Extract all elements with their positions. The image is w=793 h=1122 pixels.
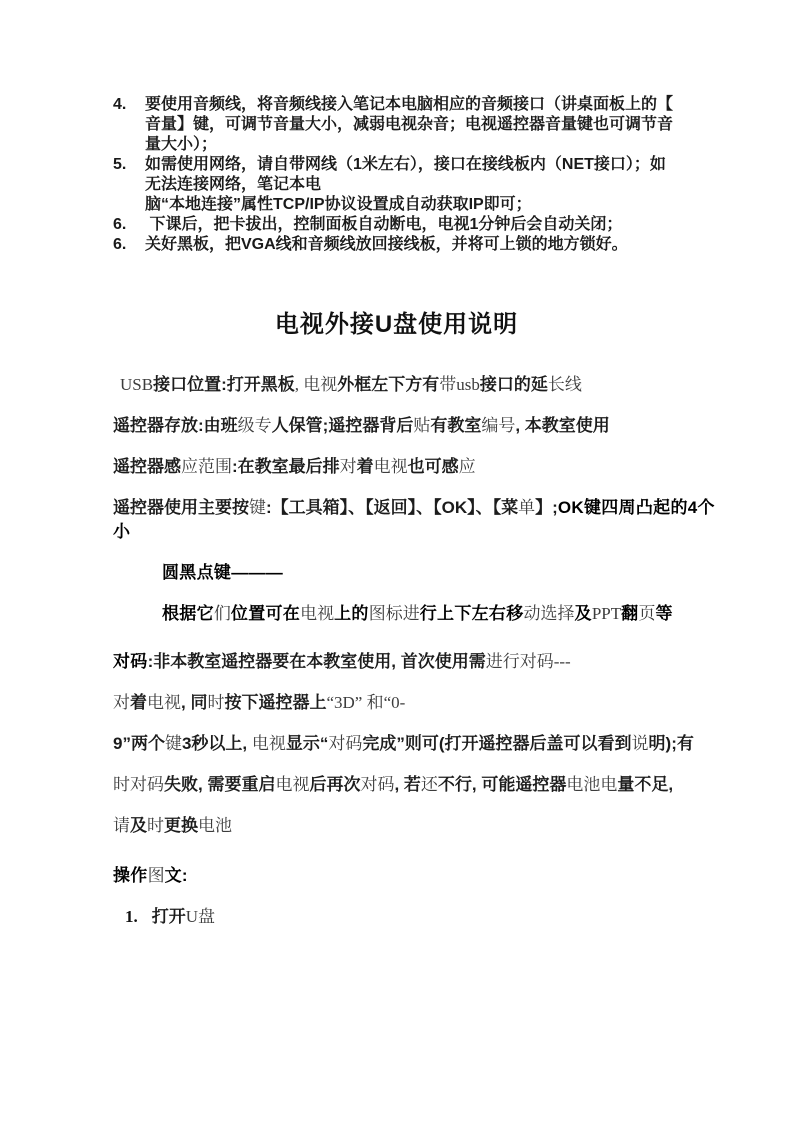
list-line: 关好黑板，把VGA线和音频线放回接线板，并将可上锁的地方锁好。 xyxy=(145,235,703,255)
text-run: 外框左下方有 xyxy=(337,375,439,394)
text-run: 人保管;遥控器背后 xyxy=(272,416,414,435)
text-run: 3秒以上, xyxy=(182,734,252,753)
text-run: 文: xyxy=(165,866,188,885)
text-run: 行上下左右移 xyxy=(420,604,524,623)
text-run: “3D” 和“0- xyxy=(326,693,405,712)
list-number: 6. xyxy=(113,235,145,255)
text-run: 贴 xyxy=(413,416,430,435)
text-run: 更换 xyxy=(164,816,198,835)
text-run: 及 xyxy=(130,816,147,835)
text-run: :在教室最后排 xyxy=(232,457,340,476)
text-run: 键 xyxy=(165,734,182,753)
text-run: 显示“ xyxy=(286,734,329,753)
text-run: 电视 xyxy=(300,604,334,623)
list-item-text: 要使用音频线，将音频线接入笔记本电脑相应的音频接口（讲桌面板上的【音量】键，可调… xyxy=(145,95,703,155)
text-run: 9”两个 xyxy=(113,734,165,753)
text-run: 着 xyxy=(130,693,147,712)
text-run: 对码 xyxy=(328,734,362,753)
text-run: 时 xyxy=(147,816,164,835)
text-run: 电视 xyxy=(275,775,309,794)
text-run: 还 xyxy=(421,775,438,794)
list-number: 4. xyxy=(113,95,145,115)
text-run: 编号 xyxy=(481,416,515,435)
text-run: , 本教室使用 xyxy=(515,416,609,435)
text-run: PPT xyxy=(592,604,621,623)
list-item-text: 下课后，把卡拔出，控制面板自动断电，电视1分钟后会自动关闭； xyxy=(145,215,703,235)
text-run: 电池 xyxy=(198,816,232,835)
list-line: 无法连接网络，笔记本电 xyxy=(145,175,703,195)
text-run: 等 xyxy=(655,604,672,623)
text-run: 打开 xyxy=(152,907,186,926)
para-remote-storage: 遥控器存放:由班级专人保管;遥控器背后贴有教室编号, 本教室使用 xyxy=(113,414,719,438)
text-run: 时对码 xyxy=(113,775,164,794)
text-run: 说 xyxy=(632,734,649,753)
text-run: :非本教室遥控器要在本教室使用, 首次使用需 xyxy=(148,652,486,671)
text-run: 根据它 xyxy=(162,604,214,623)
para-pairing-step: 对着电视, 同时按下遥控器上“3D” 和“0- xyxy=(113,691,719,715)
text-run: 不行, 可能遥控器 xyxy=(438,775,566,794)
para-replace-battery: 请及时更换电池 xyxy=(113,814,719,838)
text-run: , 同 xyxy=(181,693,207,712)
text-run: 按下遥控器上 xyxy=(224,693,326,712)
item-6-after-class: 6. 下课后，把卡拔出，控制面板自动断电，电视1分钟后会自动关闭； xyxy=(113,215,703,235)
text-run: 们 xyxy=(214,604,231,623)
text-run: 操作 xyxy=(113,866,148,885)
text-run: USB xyxy=(120,375,153,394)
para-usb-port-location: USB接口位置:打开黑板, 电视外框左下方有带usb接口的延长线 xyxy=(113,373,719,397)
para-operation-heading: 操作图文: xyxy=(113,864,719,888)
text-run: 】; xyxy=(535,498,558,517)
text-run: 应 xyxy=(459,457,476,476)
text-run: 电视 xyxy=(252,734,286,753)
text-run: 电视 xyxy=(374,457,408,476)
text-run: 着 xyxy=(357,457,374,476)
text-run: 长线 xyxy=(548,375,582,394)
text-run: 上的 xyxy=(334,604,369,623)
document-page: 4.要使用音频线，将音频线接入笔记本电脑相应的音频接口（讲桌面板上的【音量】键，… xyxy=(0,0,793,1122)
para-pairing-done: 9”两个键3秒以上, 电视显示“对码完成”则可(打开遥控器后盖可以看到说明);有 xyxy=(113,732,719,756)
list-line: 量大小）； xyxy=(145,135,703,155)
text-run: 进行对码--- xyxy=(486,652,571,671)
text-run: 时 xyxy=(207,693,224,712)
text-run: 键 xyxy=(249,498,266,517)
text-run: 遥控器存放:由班 xyxy=(113,416,238,435)
list-line: 脑“本地连接”属性TCP/IP协议设置成自动获取IP即可； xyxy=(145,195,703,215)
text-run: 量不足, xyxy=(617,775,673,794)
para-pairing-intro: 对码:非本教室遥控器要在本教室使用, 首次使用需进行对码--- xyxy=(113,650,719,674)
text-run: 遥控器使用主要按 xyxy=(113,498,249,517)
text-run: 遥控器感 xyxy=(113,457,181,476)
text-run: 页 xyxy=(638,604,655,623)
text-run: 对码 xyxy=(113,652,148,671)
para-remote-range: 遥控器感应范围:在教室最后排对着电视也可感应 xyxy=(113,455,719,479)
text-run: 电池电 xyxy=(566,775,617,794)
text-run: 失败, 需要重启 xyxy=(164,775,275,794)
para-pairing-retry: 时对码失败, 需要重启电视后再次对码, 若还不行, 可能遥控器电池电量不足, xyxy=(113,773,719,797)
para-round-black-dot-keys: 圆黑点键——— xyxy=(113,561,719,585)
text-run: 也可感 xyxy=(408,457,459,476)
list-line: 下课后，把卡拔出，控制面板自动断电，电视1分钟后会自动关闭； xyxy=(145,215,703,235)
text-run: 单 xyxy=(518,498,535,517)
text-run: 位置可在 xyxy=(231,604,300,623)
list-line: 要使用音频线，将音频线接入笔记本电脑相应的音频接口（讲桌面板上的【 xyxy=(145,95,703,115)
text-run: 应范围 xyxy=(181,457,232,476)
text-run: 翻 xyxy=(621,604,638,623)
text-run: :【工具箱】、【返回】、【OK】、【菜 xyxy=(266,498,518,517)
numbered-list: 4.要使用音频线，将音频线接入笔记本电脑相应的音频接口（讲桌面板上的【音量】键，… xyxy=(113,95,703,255)
text-run: 有教室 xyxy=(430,416,481,435)
list-number: 5. xyxy=(113,155,145,175)
text-run: 图标进 xyxy=(369,604,420,623)
list-line: 如需使用网络，请自带网线（1米左右），接口在接线板内（NET接口）；如 xyxy=(145,155,703,175)
text-run: U盘 xyxy=(186,907,215,926)
item-4-audio-cable: 4.要使用音频线，将音频线接入笔记本电脑相应的音频接口（讲桌面板上的【音量】键，… xyxy=(113,95,703,155)
text-run: 级专 xyxy=(238,416,272,435)
text-run: 图 xyxy=(148,866,165,885)
text-run: 圆黑点键——— xyxy=(162,563,283,582)
text-run: 及 xyxy=(575,604,592,623)
list-item-text: 关好黑板，把VGA线和音频线放回接线板，并将可上锁的地方锁好。 xyxy=(145,235,703,255)
para-dot-keys-usage: 根据它们位置可在电视上的图标进行上下左右移动选择及PPT翻页等 xyxy=(113,602,719,626)
list-number: 6. xyxy=(113,215,145,235)
list-line: 音量】键，可调节音量大小，减弱电视杂音；电视遥控器音量键也可调节音 xyxy=(145,115,703,135)
text-run: 接口的延 xyxy=(480,375,548,394)
step-number: 1. xyxy=(113,907,152,926)
text-run: 后再次 xyxy=(309,775,360,794)
text-run: 完成”则可(打开遥控器后盖可以看到 xyxy=(362,734,631,753)
text-run: 电视 xyxy=(147,693,181,712)
list-item-text: 如需使用网络，请自带网线（1米左右），接口在接线板内（NET接口）；如无法连接网… xyxy=(145,155,703,215)
text-run: 对 xyxy=(113,693,130,712)
text-run: , 若 xyxy=(394,775,420,794)
text-run: 对 xyxy=(340,457,357,476)
para-remote-main-keys: 遥控器使用主要按键:【工具箱】、【返回】、【OK】、【菜单】;OK键四周凸起的4… xyxy=(113,496,719,544)
text-run: , 电视 xyxy=(295,375,338,394)
text-run: 请 xyxy=(113,816,130,835)
item-5-network: 5.如需使用网络，请自带网线（1米左右），接口在接线板内（NET接口）；如无法连… xyxy=(113,155,703,215)
item-6-lock-board: 6.关好黑板，把VGA线和音频线放回接线板，并将可上锁的地方锁好。 xyxy=(113,235,703,255)
document-title: 电视外接U盘使用说明 xyxy=(0,310,793,340)
text-run: 动选择 xyxy=(524,604,575,623)
text-run: 对码 xyxy=(360,775,394,794)
text-run: 接口位置:打开黑板 xyxy=(153,375,295,394)
text-run: 明);有 xyxy=(649,734,694,753)
para-step-1-open-usb: 1.打开U盘 xyxy=(113,905,719,929)
body-paragraphs: USB接口位置:打开黑板, 电视外框左下方有带usb接口的延长线遥控器存放:由班… xyxy=(113,373,719,946)
text-run: 带usb xyxy=(439,375,480,394)
